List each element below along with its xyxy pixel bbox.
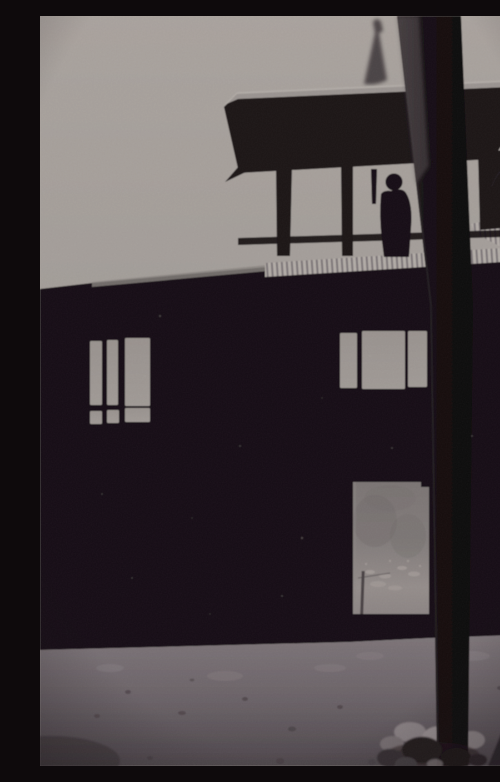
film-grain-dark	[40, 16, 500, 766]
photo-canvas	[40, 16, 500, 766]
photograph	[40, 16, 500, 766]
